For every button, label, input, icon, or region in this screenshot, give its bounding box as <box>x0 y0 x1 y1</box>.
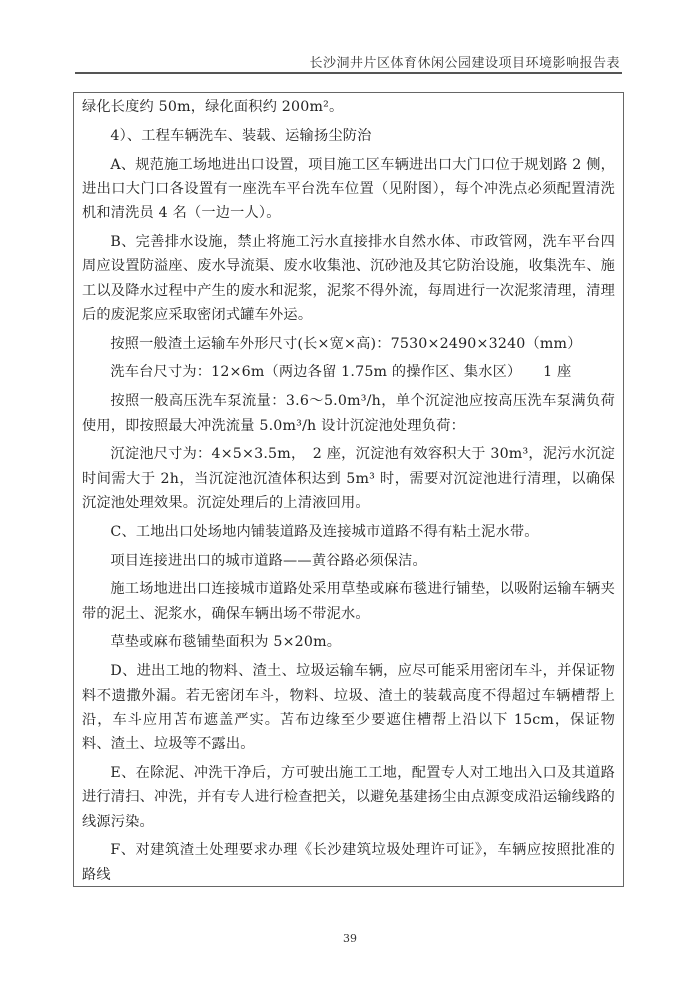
paragraph-item-b: B、完善排水设施，禁止将施工污水直接排水自然水体、市政管网，洗车平台四周应设置防… <box>82 230 615 327</box>
paragraph-item-c: C、工地出口处场地内铺装道路及连接城市道路不得有粘土泥水带。 <box>82 520 615 544</box>
paragraph-greening: 绿化长度约 50m，绿化面积约 200m²。 <box>82 95 615 119</box>
paragraph-wash-platform-size: 洗车台尺寸为：12×6m（两边各留 1.75m 的操作区、集水区） 1 座 <box>82 360 615 384</box>
paragraph-mat-area: 草垫或麻布毯铺垫面积为 5×20m。 <box>82 630 615 654</box>
paragraph-item-f: F、对建筑渣土处理要求办理《长沙建筑垃圾处理许可证》，车辆应按照批准的路线 <box>82 838 615 887</box>
section-heading-vehicle-dust: 4）、工程车辆洗车、装载、运输扬尘防治 <box>82 124 615 148</box>
paragraph-pump-flow: 按照一般高压洗车泵流量：3.6～5.0m³/h，单个沉淀池应按高压洗车泵满负荷使… <box>82 389 615 438</box>
header-divider <box>75 72 622 74</box>
paragraph-truck-dimensions: 按照一般渣土运输车外形尺寸(长×宽×高)：7530×2490×3240（mm） <box>82 332 615 356</box>
document-header-title: 长沙洞井片区体育休闲公园建设项目环境影响报告表 <box>309 52 620 71</box>
paragraph-item-d: D、进出工地的物料、渣土、垃圾运输车辆，应尽可能采用密闭车斗，并保证物料不遗撒外… <box>82 659 615 756</box>
paragraph-item-a: A、规范施工场地进出口设置，项目施工区车辆进出口大门口位于规划路 2 侧，进出口… <box>82 153 615 226</box>
paragraph-road-cleaning: 项目连接进出口的城市道路——黄谷路必须保洁。 <box>82 549 615 573</box>
page-number: 39 <box>0 932 700 945</box>
content-table-cell: 绿化长度约 50m，绿化面积约 200m²。 4）、工程车辆洗车、装载、运输扬尘… <box>73 92 624 887</box>
paragraph-mat-padding: 施工场地进出口连接城市道路处采用草垫或麻布毯进行铺垫，以吸附运输车辆夹带的泥土、… <box>82 577 615 626</box>
paragraph-item-e: E、在除泥、冲洗干净后，方可驶出施工工地，配置专人对工地出入口及其道路进行清扫、… <box>82 761 615 834</box>
paragraph-sedimentation-tank: 沉淀池尺寸为：4×5×3.5m， 2 座，沉淀池有效容积大于 30m³，泥污水沉… <box>82 442 615 515</box>
